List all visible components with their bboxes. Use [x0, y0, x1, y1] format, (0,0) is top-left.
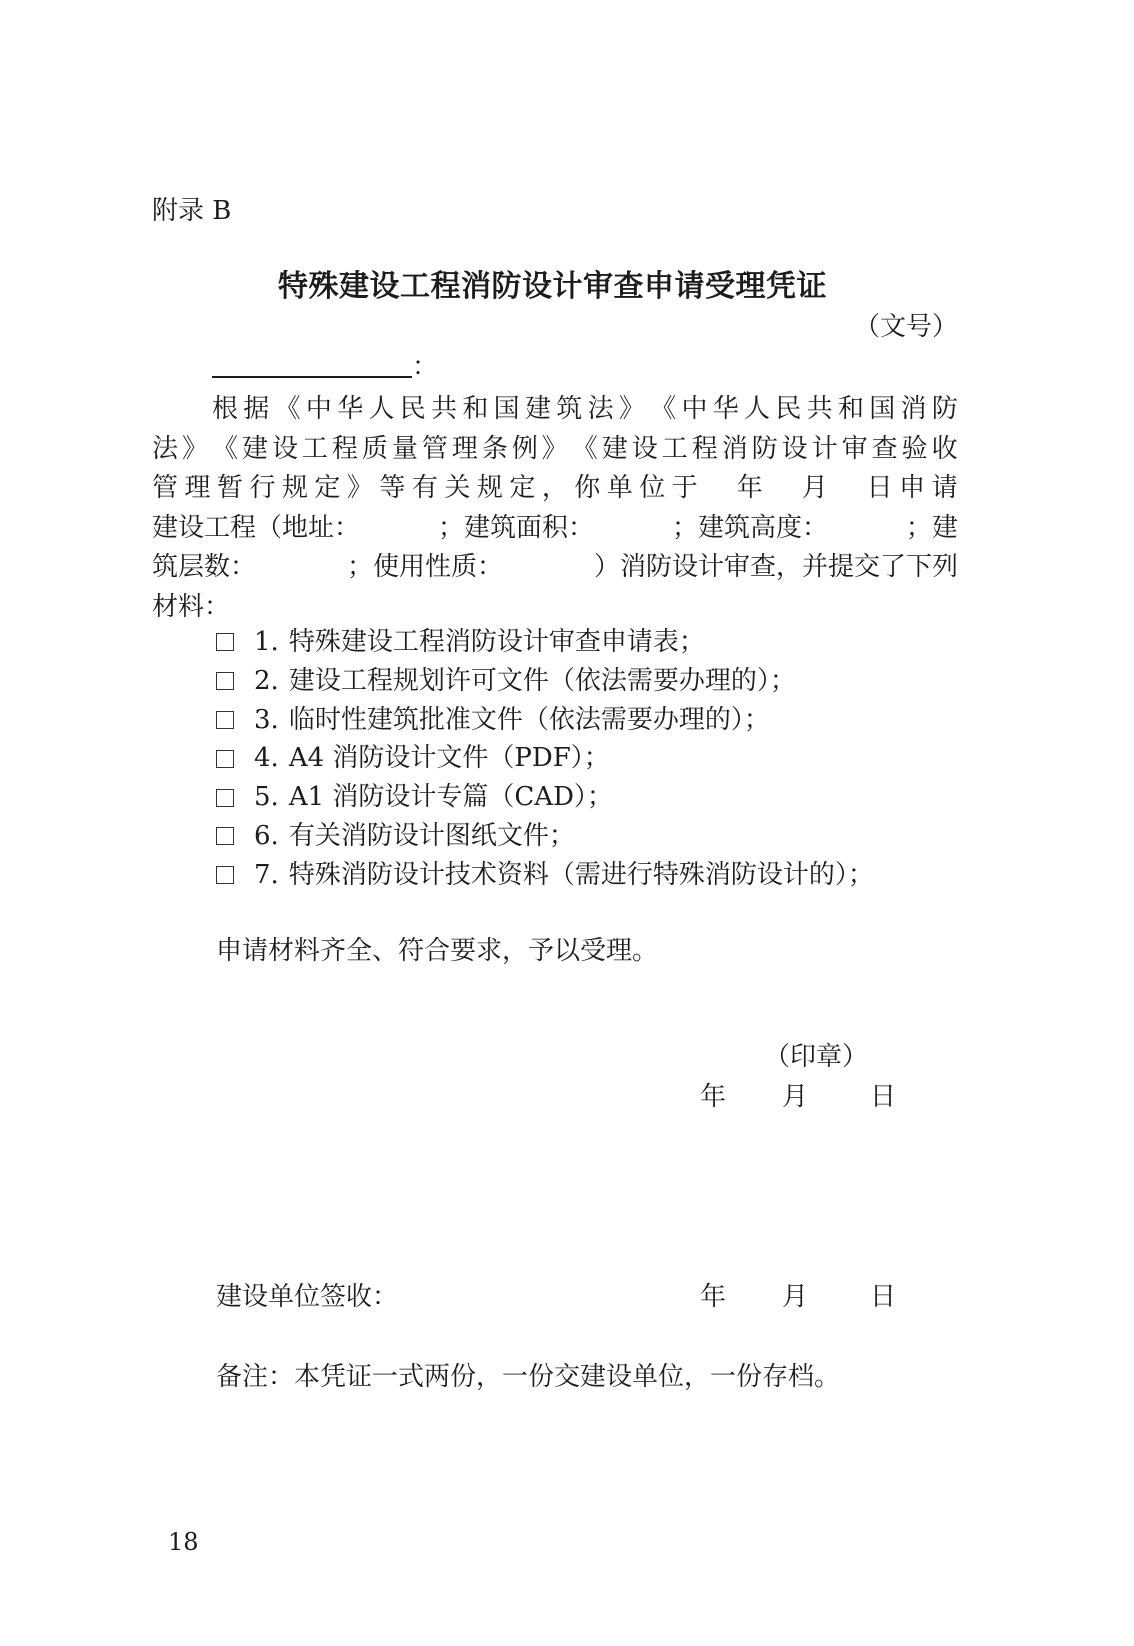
body-text-segment: 设: [782, 430, 808, 470]
body-text-segment: 审: [842, 430, 868, 470]
body-text-segment: ；使用性质：: [347, 548, 503, 588]
checkbox-icon[interactable]: [216, 750, 234, 768]
body-text-segment: [769, 469, 795, 509]
body-line-1: 根据《中华人民共和国建筑法》《中华人民共和国消防: [152, 390, 958, 430]
body-text-segment: 中: [681, 390, 707, 430]
body-text-segment: 《: [572, 430, 598, 470]
body-text-segment: 共: [431, 390, 457, 430]
body-text-segment: 例: [512, 430, 538, 470]
seal-label: （印章）: [764, 1042, 868, 1072]
body-text-segment: [841, 509, 893, 549]
addressee-blank[interactable]: [212, 376, 412, 378]
material-number: 1.: [254, 623, 279, 662]
body-text-segment: ；建: [906, 509, 958, 549]
body-text-segment: 行: [249, 469, 275, 509]
addressee-line: ：: [212, 352, 438, 382]
body-text-segment: 条: [482, 430, 508, 470]
material-item-7: 7. 特殊消防设计技术资料（需进行特殊消防设计的）；: [216, 856, 874, 895]
body-text-segment: 建: [525, 390, 551, 430]
body-text-segment: 有: [412, 469, 438, 509]
body-text-segment: 材料：: [152, 588, 230, 628]
acceptance-statement: 申请材料齐全、符合要求，予以受理。: [216, 936, 658, 966]
body-text-segment: 建设工程（地址：: [152, 509, 360, 549]
body-text-segment: 计: [812, 430, 838, 470]
checkbox-icon[interactable]: [216, 827, 234, 845]
body-text-segment: [704, 469, 730, 509]
date-day: 日: [870, 1082, 896, 1112]
checkbox-icon[interactable]: [216, 633, 234, 651]
body-text-segment: 程: [332, 430, 358, 470]
body-text-segment: 防: [752, 430, 778, 470]
body-text-segment: 法: [588, 390, 614, 430]
material-number: 5.: [254, 778, 279, 817]
body-text-segment: 规: [477, 469, 503, 509]
body-text-segment: 位: [639, 469, 665, 509]
issuer-date: 年 月 日: [700, 1082, 896, 1112]
body-text-segment: 设: [632, 430, 658, 470]
body-text-segment: ）消防设计审查，并提交了下列: [594, 548, 958, 588]
body-text-segment: 《: [275, 390, 301, 430]
body-text-segment: 暂: [217, 469, 243, 509]
date-month: 月: [782, 1282, 808, 1312]
body-text-segment: 消: [901, 390, 927, 430]
body-text-segment: 建: [602, 430, 628, 470]
body-text-segment: 《: [212, 430, 238, 470]
material-text: 特殊建设工程消防设计审查申请表；: [289, 623, 705, 662]
addressee-colon: ：: [412, 352, 438, 382]
document-title: 特殊建设工程消防设计审查申请受理凭证: [278, 270, 827, 304]
body-text-segment: 》: [182, 430, 208, 470]
material-text: 建设工程规划许可文件（依法需要办理的）；: [289, 662, 796, 701]
body-text-segment: 《: [650, 390, 676, 430]
body-text-segment: 和: [462, 390, 488, 430]
body-text-segment: 筑: [556, 390, 582, 430]
body-text-segment: 》: [619, 390, 645, 430]
body-text-segment: 民: [775, 390, 801, 430]
body-line-3: 管理暂行规定》等有关规定，你单位于 年 月 日申请: [152, 469, 958, 509]
appendix-label: 附录 B: [152, 196, 231, 226]
body-text-segment: 月: [802, 469, 828, 509]
body-text-segment: 规: [282, 469, 308, 509]
body-text-segment: 筑层数：: [152, 548, 256, 588]
body-text-segment: 请: [932, 469, 958, 509]
body-text-segment: ；建筑高度：: [672, 509, 828, 549]
body-text-segment: 华: [713, 390, 739, 430]
material-item-1: 1. 特殊建设工程消防设计审查申请表；: [216, 623, 874, 662]
checkbox-icon[interactable]: [216, 672, 234, 690]
material-text: A1 消防设计专篇（CAD）；: [289, 778, 613, 817]
body-text-segment: [373, 509, 425, 549]
body-text-segment: 》: [542, 430, 568, 470]
date-year: 年: [700, 1282, 726, 1312]
material-number: 3.: [254, 701, 279, 740]
material-number: 6.: [254, 817, 279, 856]
page-number: 18: [168, 1528, 199, 1556]
body-text-segment: 管: [422, 430, 448, 470]
body-line-5: 筑层数： ；使用性质： ）消防设计审查，并提交了下列: [152, 548, 958, 588]
body-text-segment: 民: [400, 390, 426, 430]
body-text-segment: ；建筑面积：: [438, 509, 594, 549]
body-text-segment: [275, 548, 327, 588]
materials-checklist: 1. 特殊建设工程消防设计审查申请表； 2. 建设工程规划许可文件（依法需要办理…: [216, 623, 874, 895]
checkbox-icon[interactable]: [216, 789, 234, 807]
body-line-6: 材料：: [152, 588, 958, 628]
body-paragraph: 根据《中华人民共和国建筑法》《中华人民共和国消防 法》《建设工程质量管理条例》《…: [152, 390, 958, 628]
checkbox-icon[interactable]: [216, 711, 234, 729]
checkbox-icon[interactable]: [216, 866, 234, 884]
remark-note: 备注：本凭证一式两份，一份交建设单位，一份存档。: [216, 1362, 840, 1392]
body-text-segment: 工: [662, 430, 688, 470]
document-number-placeholder: （文号）: [854, 312, 958, 342]
body-text-segment: 质: [362, 430, 388, 470]
body-text-segment: 设: [272, 430, 298, 470]
material-number: 2.: [254, 662, 279, 701]
body-text-segment: 年: [737, 469, 763, 509]
body-text-segment: [522, 548, 574, 588]
body-text-segment: 人: [368, 390, 394, 430]
body-text-segment: 理: [452, 430, 478, 470]
body-text-segment: 申: [899, 469, 925, 509]
material-text: 有关消防设计图纸文件；: [289, 817, 575, 856]
body-text-segment: 根: [212, 390, 238, 430]
body-text-segment: [834, 469, 860, 509]
material-item-6: 6. 有关消防设计图纸文件；: [216, 817, 874, 856]
body-text-segment: 你: [574, 469, 600, 509]
body-text-segment: 防: [932, 390, 958, 430]
body-text-segment: ，: [542, 469, 568, 509]
body-text-segment: 单: [607, 469, 633, 509]
body-text-segment: 于: [672, 469, 698, 509]
body-text-segment: 中: [306, 390, 332, 430]
body-text-segment: 和: [838, 390, 864, 430]
body-text-segment: 定: [509, 469, 535, 509]
body-text-segment: 工: [302, 430, 328, 470]
body-text-segment: 理: [184, 469, 210, 509]
body-text-segment: 量: [392, 430, 418, 470]
body-text-segment: 等: [379, 469, 405, 509]
body-text-segment: 验: [902, 430, 928, 470]
material-number: 7.: [254, 856, 279, 895]
body-text-segment: 共: [807, 390, 833, 430]
material-item-2: 2. 建设工程规划许可文件（依法需要办理的）；: [216, 662, 874, 701]
body-text-segment: 国: [494, 390, 520, 430]
date-day: 日: [870, 1282, 896, 1312]
material-text: 临时性建筑批准文件（依法需要办理的）；: [289, 701, 770, 740]
body-text-segment: 华: [337, 390, 363, 430]
signature-date: 年 月 日: [700, 1282, 896, 1312]
body-text-segment: [607, 509, 659, 549]
body-text-segment: 定: [314, 469, 340, 509]
material-number: 4.: [254, 739, 279, 778]
material-item-4: 4. A4 消防设计文件（PDF）；: [216, 739, 874, 778]
body-text-segment: 消: [722, 430, 748, 470]
body-text-segment: 人: [744, 390, 770, 430]
body-text-segment: 管: [152, 469, 178, 509]
body-text-segment: 》: [347, 469, 373, 509]
body-text-segment: 关: [444, 469, 470, 509]
material-item-5: 5. A1 消防设计专篇（CAD）；: [216, 778, 874, 817]
body-text-segment: 收: [932, 430, 958, 470]
body-text-segment: 日: [867, 469, 893, 509]
body-line-2: 法》《建设工程质量管理条例》《建设工程消防设计审查验收: [152, 430, 958, 470]
body-text-segment: 国: [869, 390, 895, 430]
body-text-segment: 据: [243, 390, 269, 430]
body-text-segment: 程: [692, 430, 718, 470]
body-text-segment: 查: [872, 430, 898, 470]
date-year: 年: [700, 1082, 726, 1112]
material-text: A4 消防设计文件（PDF）；: [289, 739, 610, 778]
material-item-3: 3. 临时性建筑批准文件（依法需要办理的）；: [216, 701, 874, 740]
date-month: 月: [782, 1082, 808, 1112]
body-text-segment: 建: [242, 430, 268, 470]
recipient-signature-label: 建设单位签收：: [216, 1282, 398, 1312]
body-text-segment: 法: [152, 430, 178, 470]
material-text: 特殊消防设计技术资料（需进行特殊消防设计的）；: [289, 856, 874, 895]
body-line-4: 建设工程（地址： ；建筑面积： ；建筑高度： ；建: [152, 509, 958, 549]
